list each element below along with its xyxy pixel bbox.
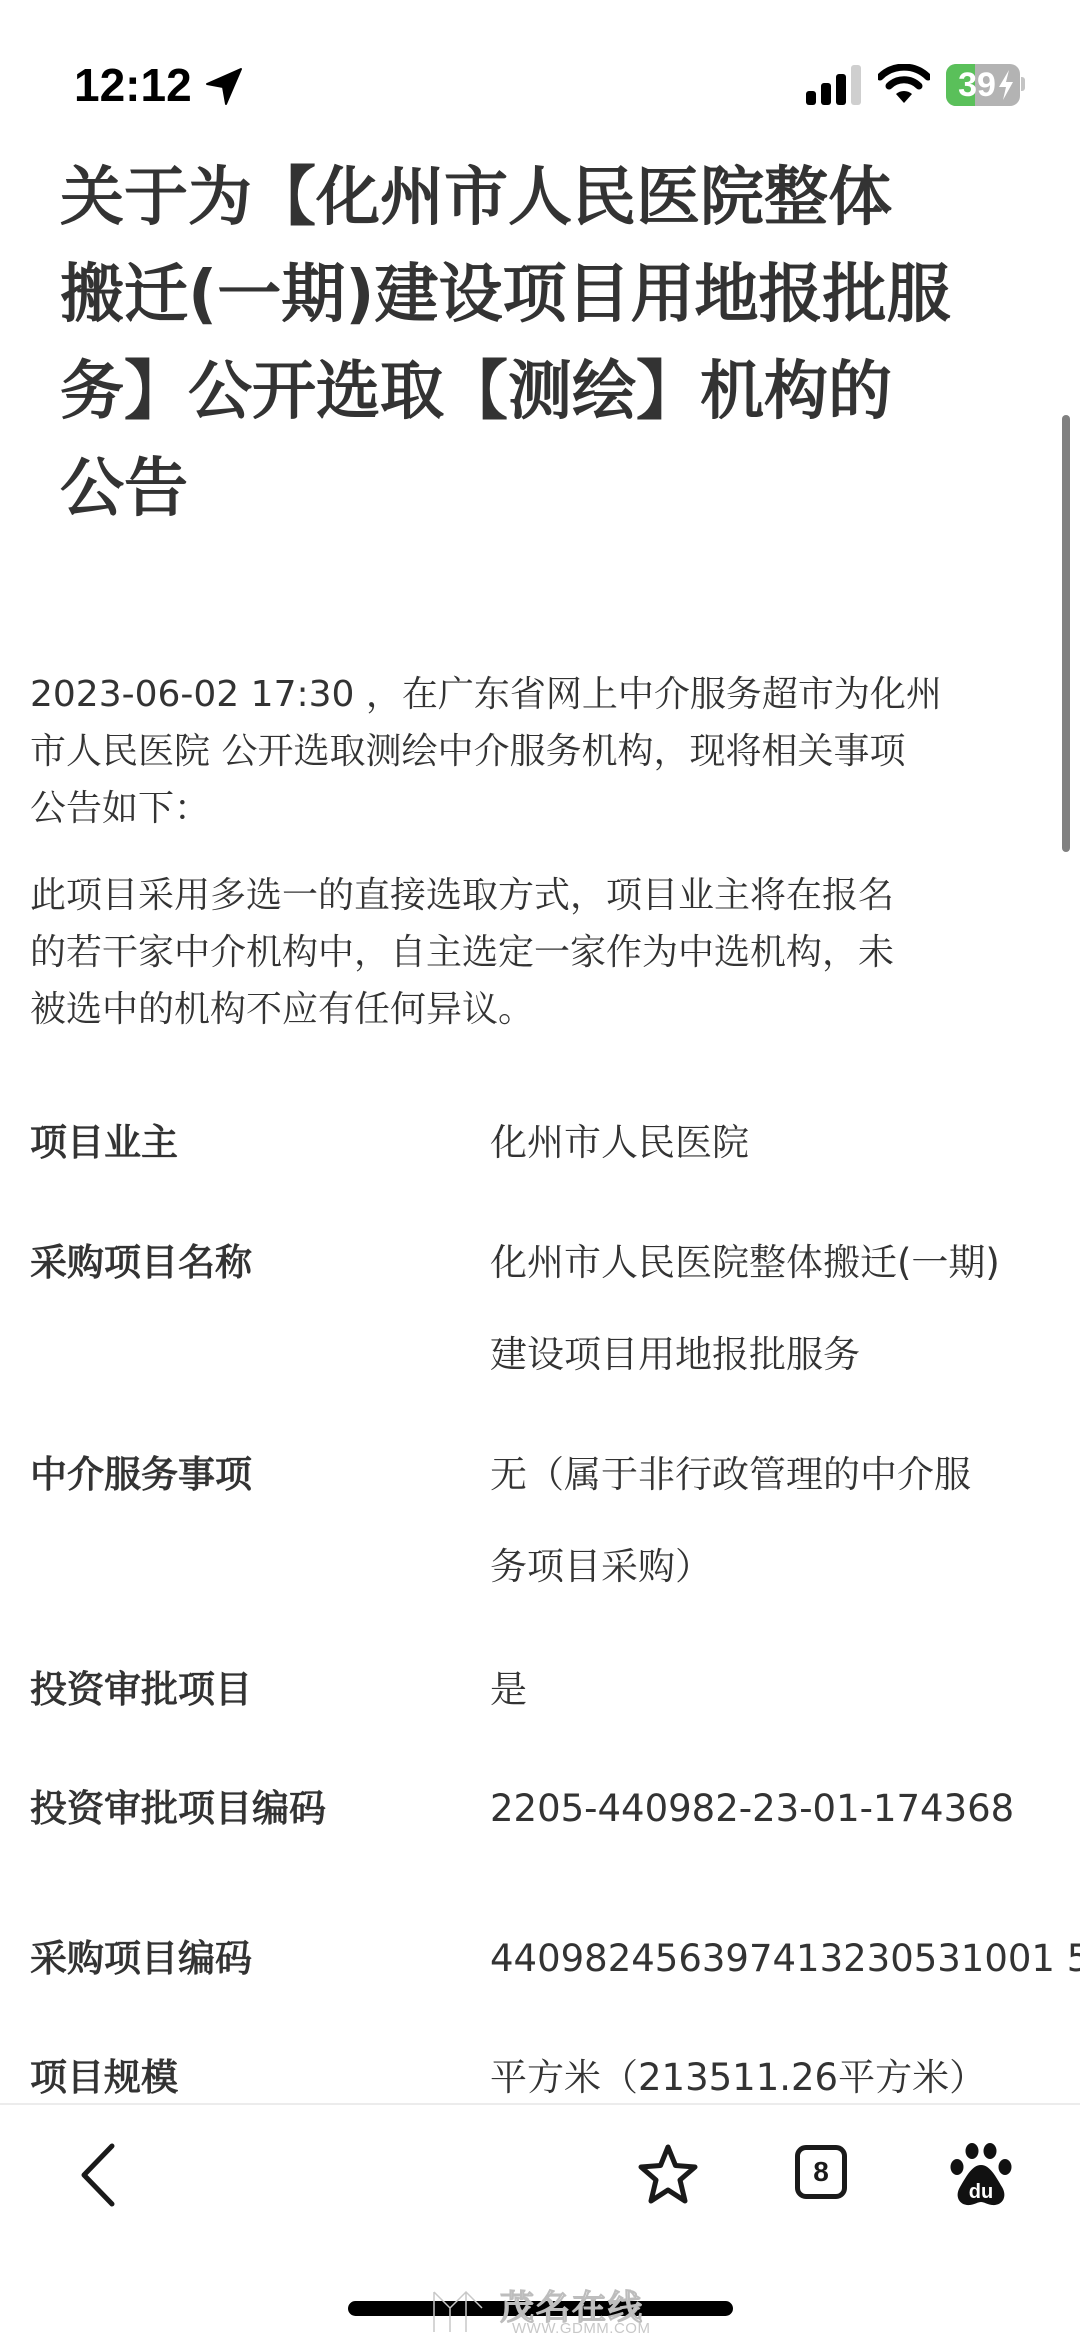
info-label-approval-code: 投资审批项目编码 (30, 1784, 326, 1834)
info-label-project-name: 采购项目名称 (30, 1238, 252, 1288)
info-value-service-item: 无（属于非行政管理的中介服 务项目采购） (490, 1429, 1070, 1613)
paragraph-line: 市人民医院 公开选取测绘中介服务机构，现将相关事项 (30, 723, 1050, 780)
info-label-procurement-code: 采购项目编码 (30, 1934, 252, 1984)
charging-bolt-icon (998, 70, 1014, 100)
battery-nub (1021, 77, 1025, 91)
value-line: 2205-440982-23-01-174368 (490, 1763, 1070, 1855)
intro-paragraph: 2023-06-02 17:30 ，在广东省网上中介服务超市为化州 市人民医院 … (30, 666, 1050, 837)
info-value-investment-approval: 是 (490, 1644, 1070, 1736)
value-line: 是 (490, 1644, 1070, 1736)
page-scrollbar[interactable] (1062, 415, 1070, 852)
method-paragraph: 此项目采用多选一的直接选取方式，项目业主将在报名 的若干家中介机构中，自主选定一… (30, 867, 1050, 1038)
title-line: 公告 (60, 441, 1050, 538)
info-value-approval-code: 2205-440982-23-01-174368 (490, 1763, 1070, 1855)
tabs-button[interactable]: 8 (795, 2145, 847, 2199)
paragraph-line: 的若干家中介机构中，自主选定一家作为中选机构，未 (30, 924, 1050, 981)
info-value-owner: 化州市人民医院 (490, 1097, 1070, 1189)
info-label-project-scale: 项目规模 (30, 2053, 178, 2103)
chevron-left-icon[interactable] (78, 2143, 118, 2207)
value-line: 无（属于非行政管理的中介服 (490, 1429, 1070, 1521)
title-line: 务】公开选取【测绘】机构的 (60, 344, 1050, 441)
info-value-project-name: 化州市人民医院整体搬迁(一期) 建设项目用地报批服务 (490, 1217, 1070, 1401)
page-title: 关于为【化州市人民医院整体 搬迁(一期)建设项目用地报批服 务】公开选取【测绘】… (60, 150, 1050, 538)
paragraph-line: 被选中的机构不应有任何异议。 (30, 981, 1050, 1038)
home-indicator[interactable] (348, 2301, 733, 2316)
info-label-service-item: 中介服务事项 (30, 1450, 252, 1500)
svg-text:du: du (969, 2181, 993, 2203)
value-line: 化州市人民医院整体搬迁(一期) (490, 1217, 1070, 1309)
location-arrow-icon (204, 66, 244, 106)
cellular-signal-icon (806, 65, 862, 105)
battery-indicator: 39 (946, 64, 1020, 106)
info-label-investment-approval: 投资审批项目 (30, 1665, 252, 1715)
paragraph-line: 此项目采用多选一的直接选取方式，项目业主将在报名 (30, 867, 1050, 924)
star-icon[interactable] (636, 2143, 700, 2207)
paragraph-line: 2023-06-02 17:30 ，在广东省网上中介服务超市为化州 (30, 666, 1050, 723)
baidu-paw-icon[interactable]: du (950, 2143, 1012, 2207)
info-label-owner: 项目业主 (30, 1118, 178, 1168)
info-value-procurement-code: 440982456397413230531001 5 (490, 1913, 1070, 2005)
value-line: 务项目采购） (490, 1521, 1070, 1613)
title-line: 关于为【化州市人民医院整体 (60, 150, 1050, 247)
value-line: 化州市人民医院 (490, 1097, 1070, 1189)
title-line: 搬迁(一期)建设项目用地报批服 (60, 247, 1050, 344)
wifi-icon (878, 64, 930, 104)
value-line: 440982456397413230531001 5 (490, 1913, 1070, 2005)
paragraph-line: 公告如下： (30, 780, 1050, 837)
value-line: 建设项目用地报批服务 (490, 1309, 1070, 1401)
status-time: 12:12 (74, 58, 192, 112)
